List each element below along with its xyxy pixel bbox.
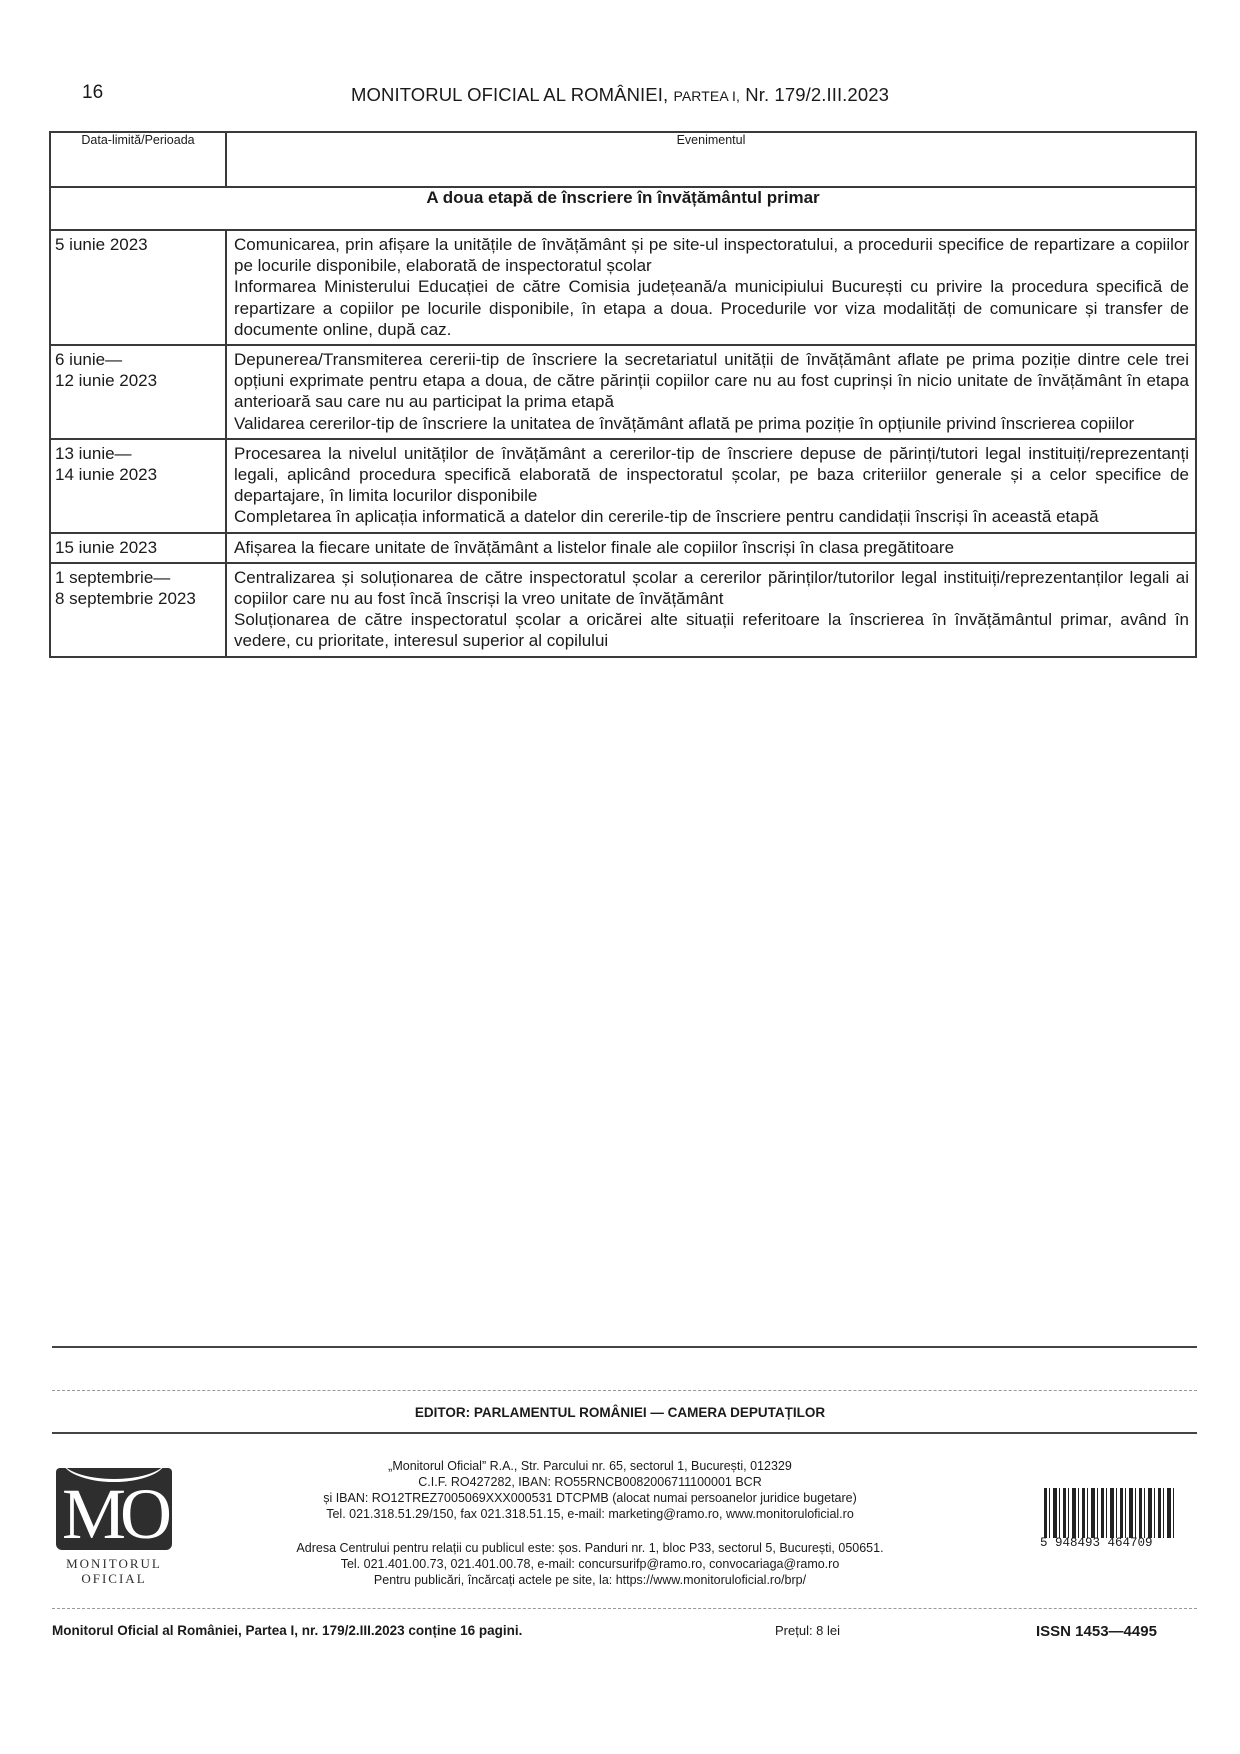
public-relations-address: Adresa Centrului pentru relații cu publi… — [200, 1540, 980, 1588]
issue-pages-note: Monitorul Oficial al României, Partea I,… — [52, 1623, 522, 1638]
editor-line: EDITOR: PARLAMENTUL ROMÂNIEI — CAMERA DE… — [0, 1405, 1240, 1420]
issn: ISSN 1453—4495 — [1036, 1623, 1157, 1640]
monitorul-oficial-logo: MO MONITORUL OFICIAL — [56, 1468, 172, 1586]
column-header-event: Evenimentul — [226, 132, 1196, 187]
row-event: Centralizarea și soluționarea de către i… — [226, 563, 1196, 657]
event-text: Soluționarea de către inspectoratul școl… — [234, 609, 1189, 651]
barcode: 5 948493 464709 — [1040, 1488, 1180, 1558]
row-date: 6 iunie—12 iunie 2023 — [50, 345, 226, 439]
table-row: 15 iunie 2023Afișarea la fiecare unitate… — [50, 533, 1196, 563]
row-event: Afișarea la fiecare unitate de învățămân… — [226, 533, 1196, 563]
event-text: Validarea cererilor-tip de înscriere la … — [234, 413, 1189, 434]
table-row: 13 iunie—14 iunie 2023Procesarea la nive… — [50, 439, 1196, 533]
publication-issue: Nr. 179/2.III.2023 — [745, 84, 889, 105]
table-row: 5 iunie 2023Comunicarea, prin afișare la… — [50, 230, 1196, 345]
table-header-row: Data-limită/Perioada Evenimentul — [50, 132, 1196, 187]
logo-mark-icon: MO — [56, 1468, 172, 1550]
publisher-address: „Monitorul Oficial” R.A., Str. Parcului … — [200, 1458, 980, 1522]
event-text: Afișarea la fiecare unitate de învățămân… — [234, 537, 1189, 558]
publication-title: MONITORUL OFICIAL AL ROMÂNIEI, — [351, 84, 668, 105]
publication-part: PARTEA I, — [673, 88, 740, 104]
barcode-digits: 5 948493 464709 — [1040, 1536, 1180, 1550]
section-title: A doua etapă de înscriere în învățământu… — [50, 187, 1196, 230]
running-head: MONITORUL OFICIAL AL ROMÂNIEI, PARTEA I,… — [0, 84, 1240, 106]
row-date: 1 septembrie—8 septembrie 2023 — [50, 563, 226, 657]
row-date: 15 iunie 2023 — [50, 533, 226, 563]
editor-divider — [52, 1432, 1197, 1434]
event-text: Depunerea/Transmiterea cererii-tip de în… — [234, 349, 1189, 413]
column-header-date: Data-limită/Perioada — [50, 132, 226, 187]
event-text: Procesarea la nivelul unităților de învă… — [234, 443, 1189, 507]
footer-divider — [52, 1346, 1197, 1348]
row-event: Procesarea la nivelul unităților de învă… — [226, 439, 1196, 533]
row-event: Comunicarea, prin afișare la unitățile d… — [226, 230, 1196, 345]
price: Prețul: 8 lei — [775, 1623, 840, 1638]
logo-text-line2: OFICIAL — [56, 1571, 172, 1586]
table-row: 1 septembrie—8 septembrie 2023Centraliza… — [50, 563, 1196, 657]
row-event: Depunerea/Transmiterea cererii-tip de în… — [226, 345, 1196, 439]
enrollment-schedule-table: Data-limită/Perioada Evenimentul A doua … — [49, 131, 1197, 658]
event-text: Comunicarea, prin afișare la unitățile d… — [234, 234, 1189, 276]
section-row: A doua etapă de înscriere în învățământu… — [50, 187, 1196, 230]
table-row: 6 iunie—12 iunie 2023Depunerea/Transmite… — [50, 345, 1196, 439]
event-text: Informarea Ministerului Educației de căt… — [234, 276, 1189, 340]
barcode-bars-icon — [1044, 1488, 1174, 1538]
bottom-dotted-divider — [52, 1608, 1197, 1609]
row-date: 5 iunie 2023 — [50, 230, 226, 345]
logo-text-line1: MONITORUL — [56, 1556, 172, 1571]
event-text: Centralizarea și soluționarea de către i… — [234, 567, 1189, 609]
event-text: Completarea în aplicația informatică a d… — [234, 506, 1189, 527]
row-date: 13 iunie—14 iunie 2023 — [50, 439, 226, 533]
footer-dotted-divider — [52, 1390, 1197, 1391]
